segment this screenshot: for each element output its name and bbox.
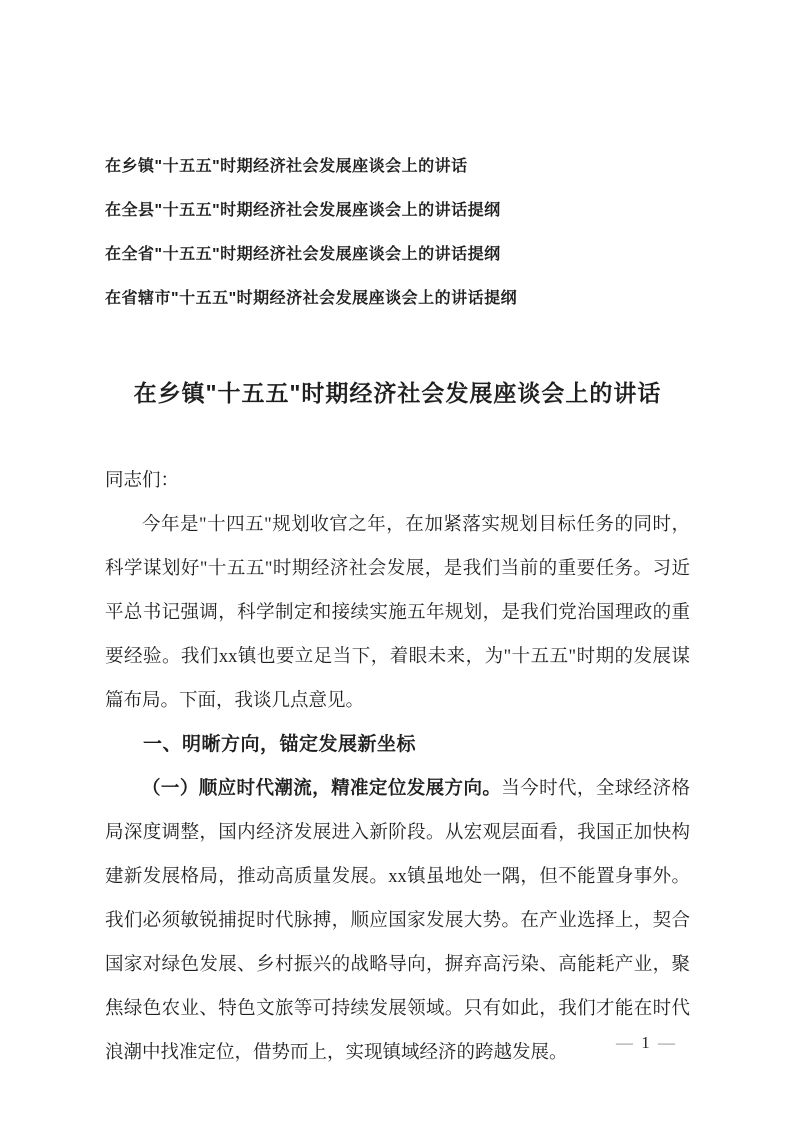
- related-titles-list: 在乡镇"十五五"时期经济社会发展座谈会上的讲话 在全县"十五五"时期经济社会发展…: [105, 145, 690, 321]
- intro-paragraph: 今年是"十四五"规划收官之年，在加紧落实规划目标任务的同时，科学谋划好"十五五"…: [105, 503, 690, 723]
- section-1-heading: 一、明晰方向，锚定发展新坐标: [105, 723, 690, 767]
- subsection-1-paragraph: （一）顺应时代潮流，精准定位发展方向。当今时代，全球经济格局深度调整，国内经济发…: [105, 767, 690, 1075]
- subsection-1-text: 当今时代，全球经济格局深度调整，国内经济发展进入新阶段。从宏观层面看，我国正加快…: [105, 779, 690, 1063]
- page-number-dash-right: —: [658, 1033, 677, 1052]
- subsection-1-lead: （一）顺应时代潮流，精准定位发展方向。: [142, 779, 501, 799]
- salutation: 同志们：: [105, 459, 690, 503]
- document-content: 在乡镇"十五五"时期经济社会发展座谈会上的讲话 在全县"十五五"时期经济社会发展…: [0, 145, 793, 1075]
- related-title-item: 在省辖市"十五五"时期经济社会发展座谈会上的讲话提纲: [105, 277, 690, 321]
- page-number-dash-left: —: [616, 1033, 635, 1052]
- document-title: 在乡镇"十五五"时期经济社会发展座谈会上的讲话: [105, 375, 690, 411]
- page-number: — 1 —: [616, 1032, 677, 1054]
- related-title-item: 在全省"十五五"时期经济社会发展座谈会上的讲话提纲: [105, 233, 690, 277]
- page-number-value: 1: [641, 1033, 652, 1052]
- related-title-item: 在全县"十五五"时期经济社会发展座谈会上的讲话提纲: [105, 189, 690, 233]
- related-title-item: 在乡镇"十五五"时期经济社会发展座谈会上的讲话: [105, 145, 690, 189]
- document-page: 在乡镇"十五五"时期经济社会发展座谈会上的讲话 在全县"十五五"时期经济社会发展…: [0, 0, 793, 1122]
